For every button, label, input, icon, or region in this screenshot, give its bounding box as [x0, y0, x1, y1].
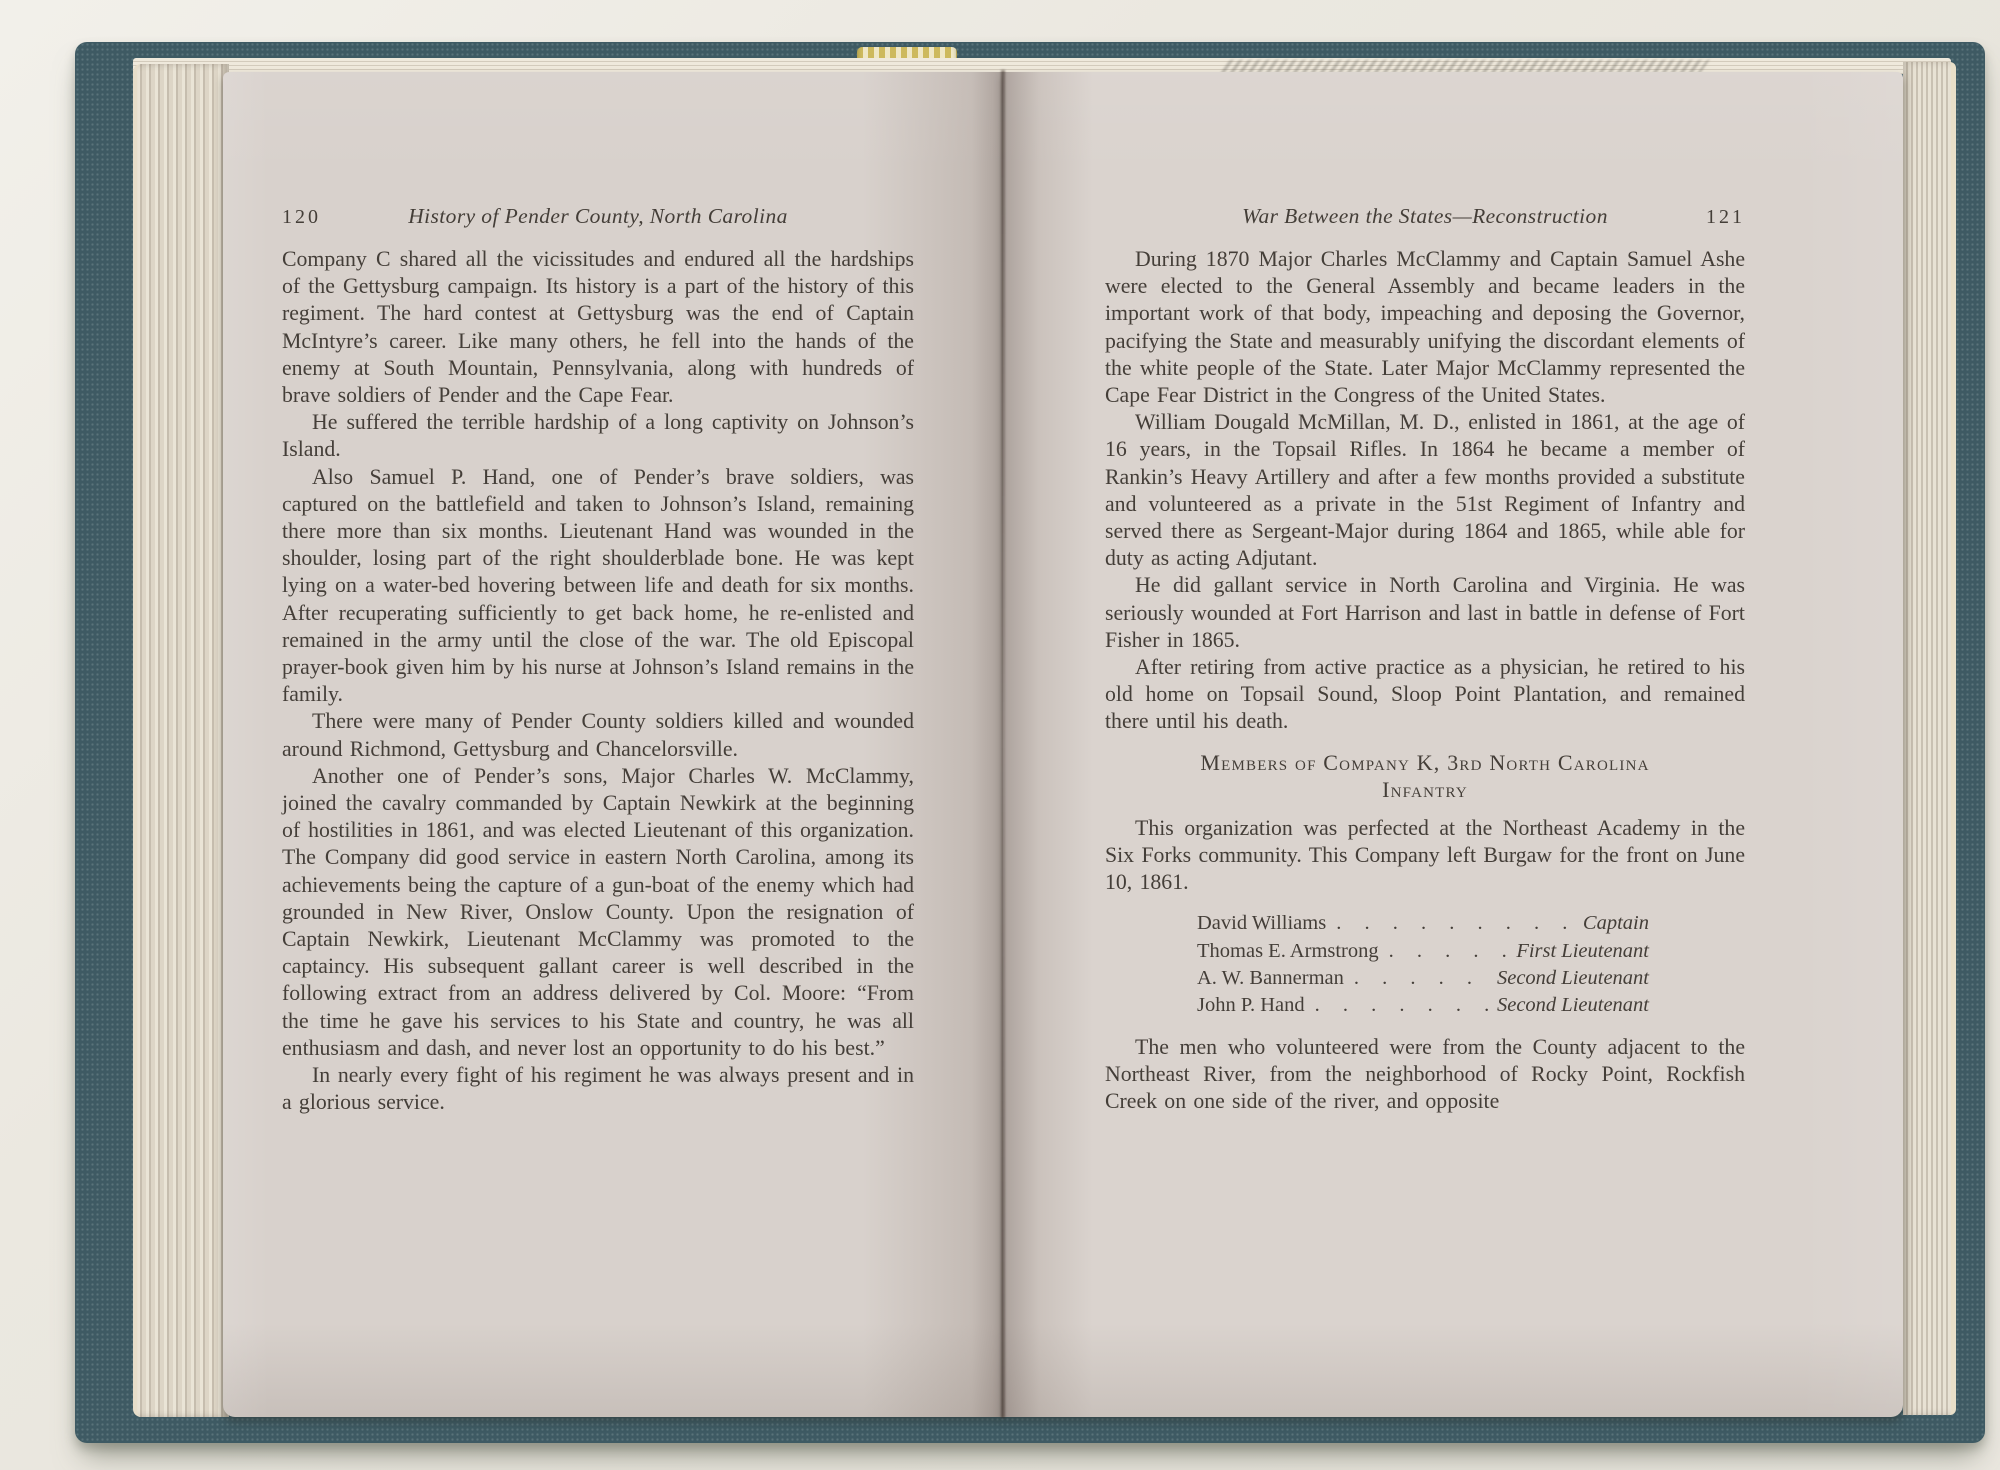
dot-leader: . . . . . . . . . . . . . . . . . . . . …: [1315, 992, 1493, 1019]
officer-name: David Williams: [1197, 910, 1326, 937]
paragraph: In nearly every fight of his regiment he…: [282, 1062, 914, 1116]
left-running-title: History of Pender County, North Carolina: [282, 204, 914, 229]
left-page-edge-stack: [133, 64, 229, 1417]
right-page-number: 121: [1706, 206, 1745, 229]
dot-leader: . . . . . . . . . . . . . . . . . . . . …: [1389, 938, 1513, 965]
section-heading-line: Infantry: [1105, 776, 1745, 803]
officer-rank: First Lieutenant: [1516, 938, 1649, 965]
officer-roster: David Williams . . . . . . . . . . . . .…: [1197, 910, 1649, 1020]
dot-leader: . . . . . . . . . . . . . . . . . . . . …: [1354, 965, 1493, 992]
right-running-title: War Between the States—Reconstruction: [1105, 204, 1745, 229]
officer-rank: Second Lieutenant: [1497, 992, 1649, 1019]
officer-name: John P. Hand: [1197, 992, 1305, 1019]
paragraph: Company C shared all the vicissitudes an…: [282, 246, 914, 409]
left-page-number: 120: [282, 206, 321, 229]
paragraph: He did gallant service in North Carolina…: [1105, 572, 1745, 654]
roster-row: John P. Hand . . . . . . . . . . . . . .…: [1197, 992, 1649, 1019]
paragraph: After retiring from active practice as a…: [1105, 654, 1745, 736]
roster-row: Thomas E. Armstrong . . . . . . . . . . …: [1197, 938, 1649, 965]
officer-rank: Captain: [1583, 910, 1649, 937]
book-photo-stage: 120 History of Pender County, North Caro…: [0, 0, 2000, 1470]
paragraph: He suffered the terrible hardship of a l…: [282, 409, 914, 463]
left-page-header: 120 History of Pender County, North Caro…: [282, 204, 914, 238]
officer-rank: Second Lieutenant: [1497, 965, 1649, 992]
officer-name: Thomas E. Armstrong: [1197, 938, 1379, 965]
roster-row: David Williams . . . . . . . . . . . . .…: [1197, 910, 1649, 937]
book-cover: 120 History of Pender County, North Caro…: [75, 42, 1985, 1443]
paragraph: Also Samuel P. Hand, one of Pender’s bra…: [282, 464, 914, 709]
officer-name: A. W. Bannerman: [1197, 965, 1344, 992]
paragraph: There were many of Pender County soldier…: [282, 708, 914, 762]
dot-leader: . . . . . . . . . . . . . . . . . . . . …: [1336, 910, 1579, 937]
right-page-edge-stack: [1903, 62, 1956, 1415]
section-heading: Members of Company K, 3rd North Carolina…: [1105, 749, 1745, 803]
right-page-header: War Between the States—Reconstruction 12…: [1105, 204, 1745, 238]
right-page-body: During 1870 Major Charles McClammy and C…: [1105, 246, 1745, 1116]
left-page-body: Company C shared all the vicissitudes an…: [282, 246, 914, 1117]
section-heading-line: Members of Company K, 3rd North Carolina: [1105, 749, 1745, 776]
roster-row: A. W. Bannerman . . . . . . . . . . . . …: [1197, 965, 1649, 992]
paragraph: This organization was perfected at the N…: [1105, 815, 1745, 897]
paragraph: The men who volunteered were from the Co…: [1105, 1034, 1745, 1116]
paragraph: William Dougald McMillan, M. D., enliste…: [1105, 409, 1745, 572]
gutter-shadow: [1001, 70, 1005, 1418]
paragraph: Another one of Pender’s sons, Major Char…: [282, 763, 914, 1062]
paragraph: During 1870 Major Charles McClammy and C…: [1105, 246, 1745, 409]
